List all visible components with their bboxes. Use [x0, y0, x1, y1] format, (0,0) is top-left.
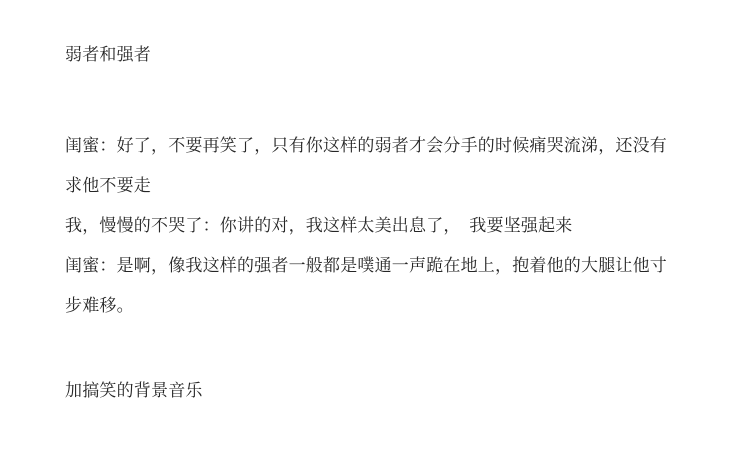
text-line: 加搞笑的背景音乐: [65, 371, 671, 411]
paragraph-dialogue-friend-2: 闺蜜：是啊，像我这样的强者一般都是噗通一声跪在地上，抱着他的大腿让他寸 步难移。: [65, 246, 671, 326]
text-line: 步难移。: [65, 286, 671, 326]
text-line: 我，慢慢的不哭了：你讲的对，我这样太美出息了， 我要坚强起来: [65, 206, 671, 246]
paragraph-dialogue-me: 我，慢慢的不哭了：你讲的对，我这样太美出息了， 我要坚强起来: [65, 206, 671, 246]
document-page: 弱者和强者 闺蜜：好了，不要再笑了，只有你这样的弱者才会分手的时候痛哭流涕，还没…: [0, 0, 735, 460]
paragraph-note-bgm: 加搞笑的背景音乐: [65, 371, 671, 411]
text-line: 求他不要走: [65, 166, 671, 206]
document-title: 弱者和强者: [65, 35, 671, 75]
paragraph-dialogue-friend: 闺蜜：好了，不要再笑了，只有你这样的弱者才会分手的时候痛哭流涕，还没有 求他不要…: [65, 126, 671, 206]
text-line: 闺蜜：是啊，像我这样的强者一般都是噗通一声跪在地上，抱着他的大腿让他寸: [65, 246, 671, 286]
text-line: 闺蜜：好了，不要再笑了，只有你这样的弱者才会分手的时候痛哭流涕，还没有: [65, 126, 671, 166]
